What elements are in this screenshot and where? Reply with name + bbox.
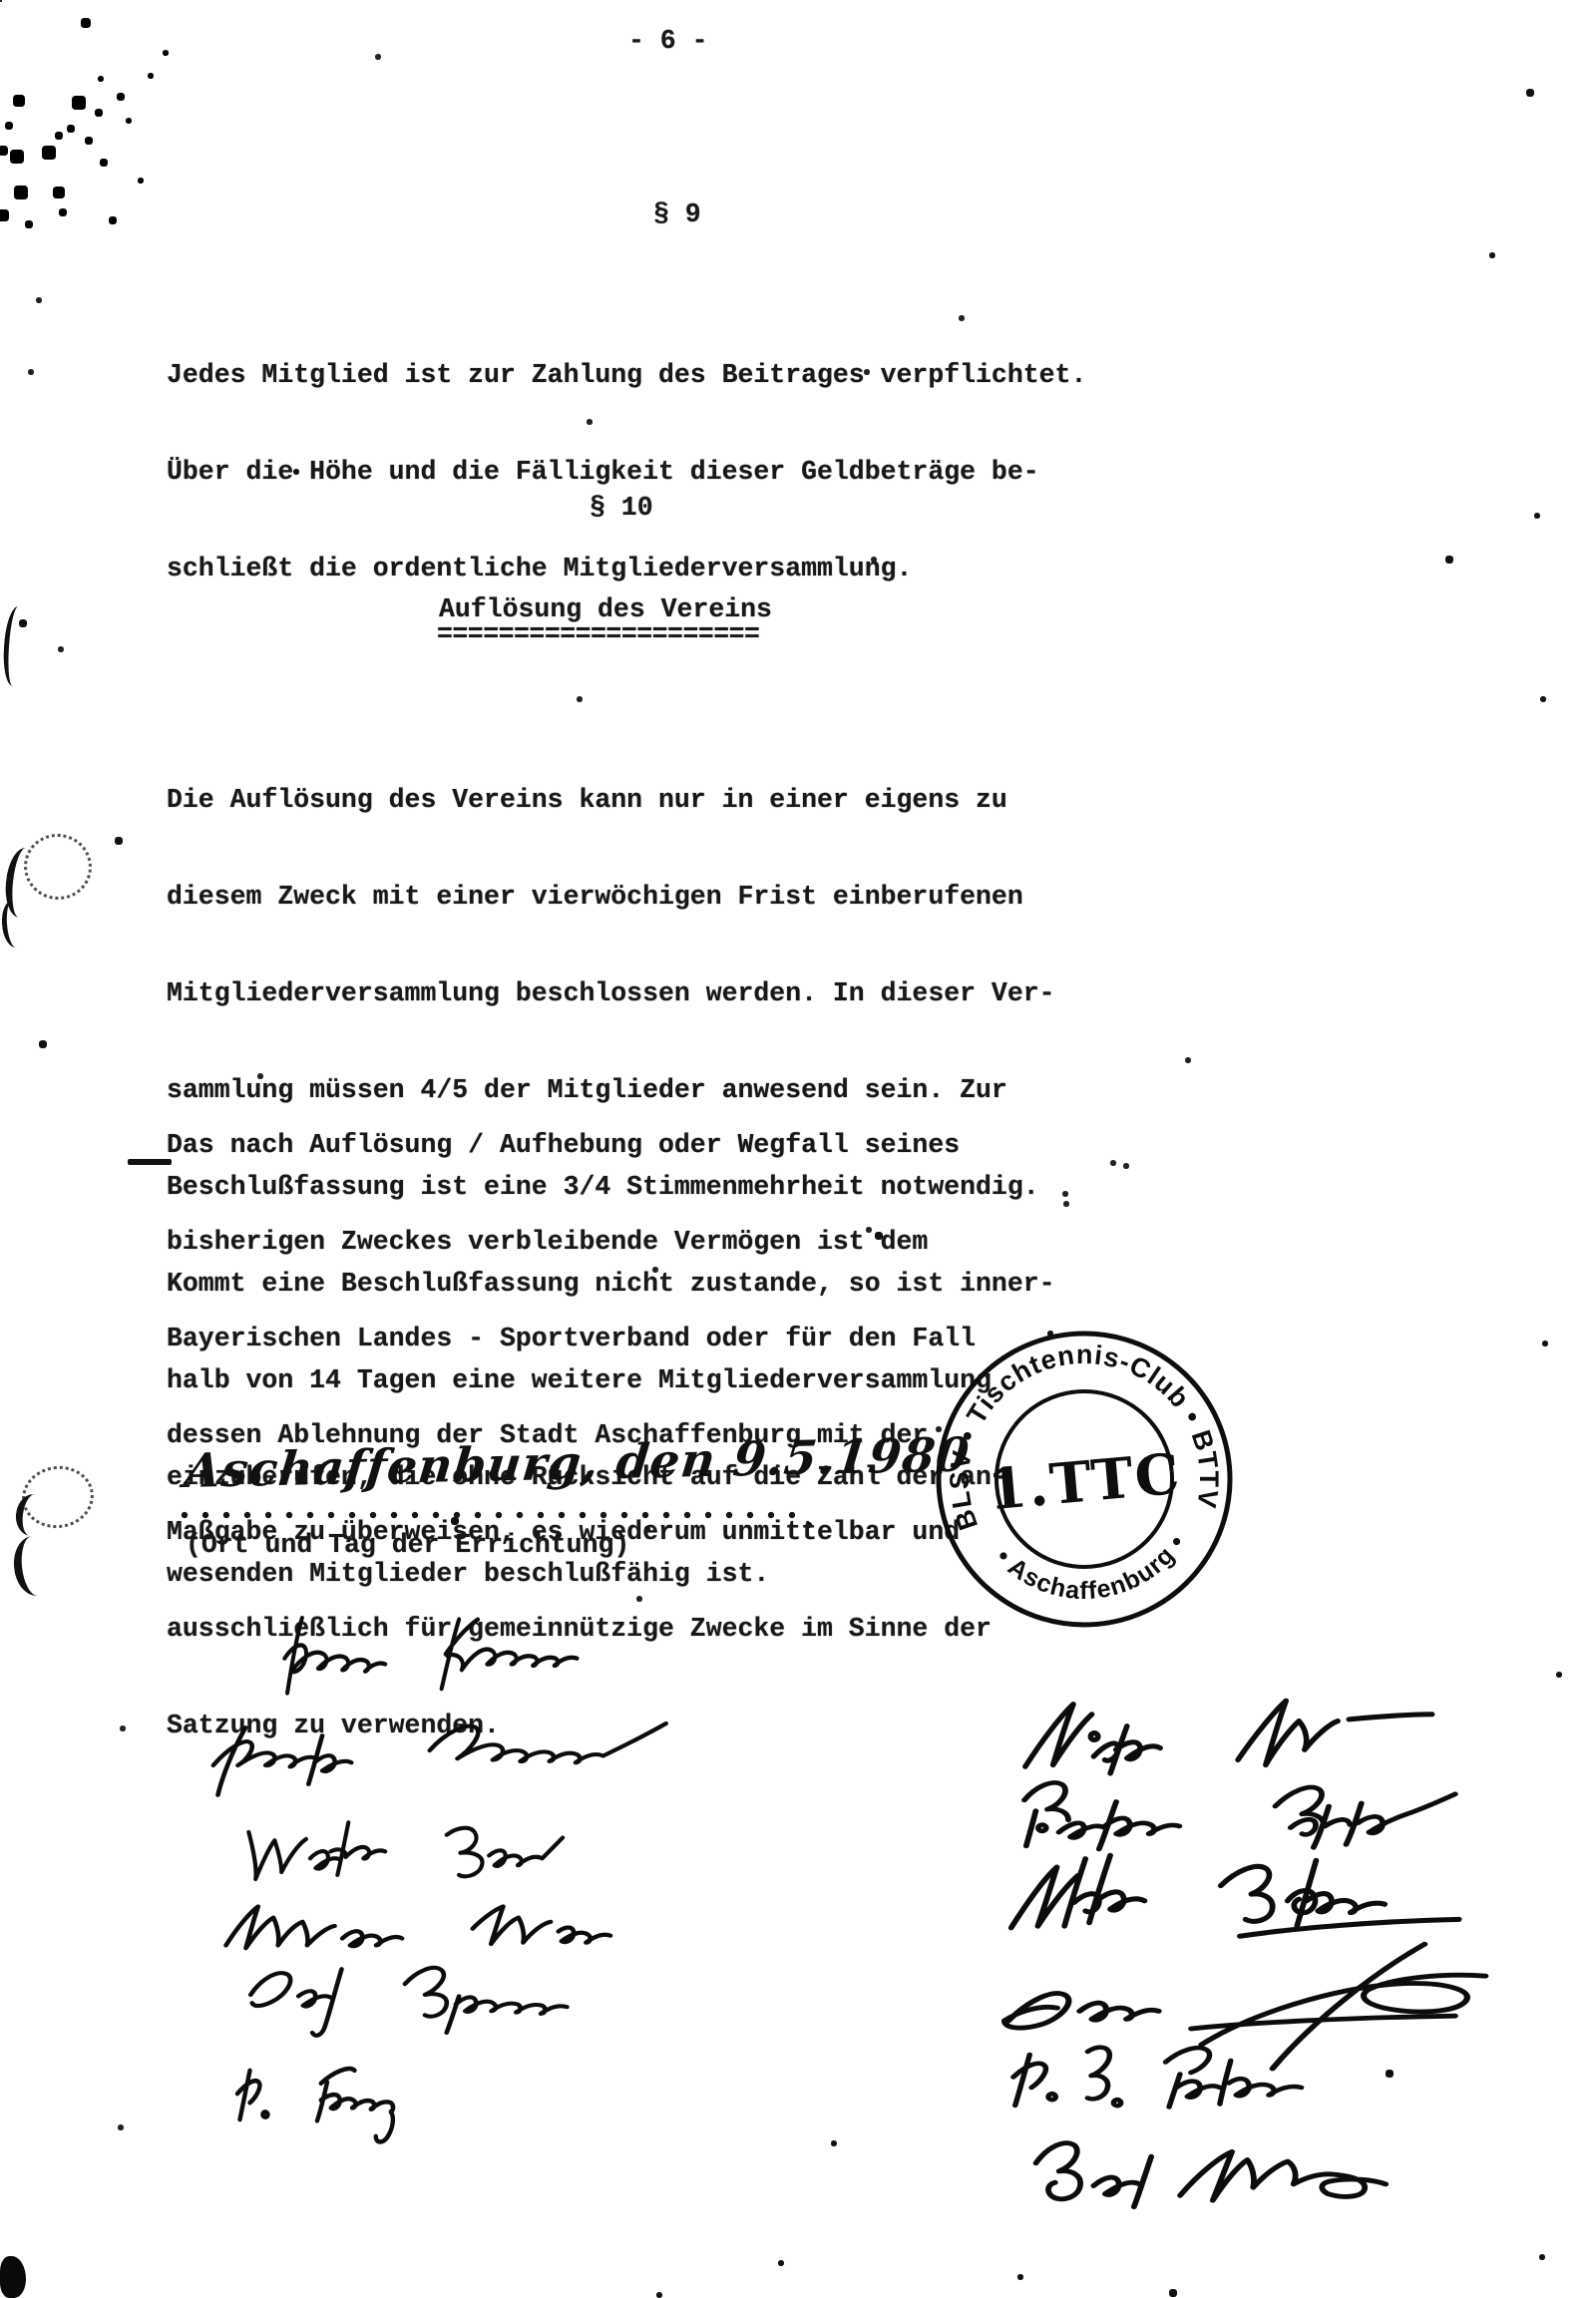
signature-h-flering <box>227 2045 527 2154</box>
section-10-title-underline: ===================== <box>437 624 759 644</box>
signature-paul-schirmer <box>227 1957 636 2052</box>
scan-blot-bottom-left <box>0 2256 26 2298</box>
stamp-group: BLSV • Tischtennis-Club • BTTV • Aschaff… <box>935 1330 1234 1629</box>
scan-artifact-crescent <box>11 1534 59 1598</box>
text-line: Jedes Mitglied ist zur Zahlung des Beitr… <box>167 357 1086 394</box>
club-stamp: BLSV • Tischtennis-Club • BTTV • Aschaff… <box>935 1330 1234 1629</box>
text-line: Mitgliederversammlung beschlossen werden… <box>167 975 1055 1012</box>
text-line: Das nach Auflösung / Aufhebung oder Wegf… <box>167 1127 992 1164</box>
page-number: - 6 - <box>628 26 708 56</box>
signature-berthold <box>997 2114 1392 2244</box>
scan-noise-scatter <box>0 0 2 2</box>
section-9-heading: § 9 <box>653 199 701 229</box>
stamp-center-text: 1.TTC <box>986 1441 1184 1524</box>
signature-helmut-bachmann <box>199 1701 698 1815</box>
section-10-heading: § 10 <box>590 493 653 523</box>
scanned-document-page: - 6 - § 9 Jedes Mitglied ist zur Zahlung… <box>0 0 1596 2298</box>
text-line: Die Auflösung des Vereins kann nur in ei… <box>167 782 1055 819</box>
scan-artifact-crescent <box>1 605 30 686</box>
dotted-signature-line <box>180 1510 796 1520</box>
text-line: diesem Zweck mit einer vierwöchigen Fris… <box>167 879 1055 916</box>
signature-walter-bayer <box>221 1807 610 1897</box>
date-caption: (Ort und Tag der Errichtung) <box>186 1530 629 1560</box>
signature-hans-klein <box>244 1608 633 1713</box>
text-line: Bayerischen Landes - Sportverband oder f… <box>167 1321 992 1357</box>
text-line: bisherigen Zweckes verbleibende Vermögen… <box>167 1224 992 1261</box>
text-line: schließt die ordentliche Mitgliederversa… <box>167 551 1086 587</box>
scan-artifact-dash <box>128 1159 172 1165</box>
signature-hermann-maier <box>204 1887 633 1967</box>
text-line: Über die Höhe und die Fälligkeit dieser … <box>167 454 1086 491</box>
